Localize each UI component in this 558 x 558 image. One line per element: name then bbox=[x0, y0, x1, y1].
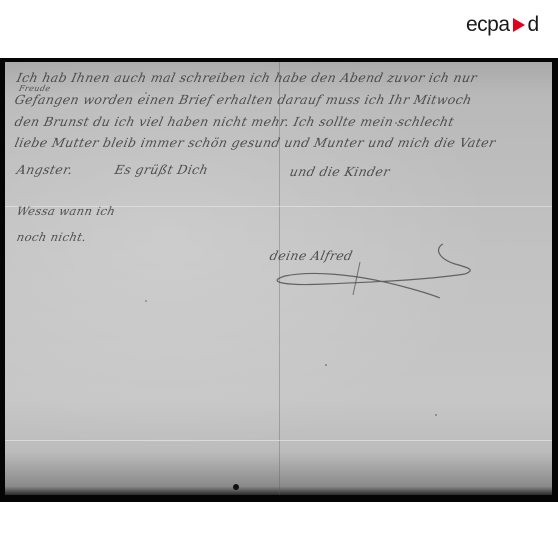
ecpad-logo: ecpa d bbox=[466, 12, 539, 38]
letter-line-1: Ich hab Ihnen auch mal schreiben ich hab… bbox=[15, 70, 478, 85]
letter-greeting-cont: und die Kinder bbox=[288, 164, 391, 179]
letter-line-postscript-2: noch nicht. bbox=[16, 230, 88, 244]
letter-greeting: Es grüßt Dich bbox=[113, 162, 209, 177]
speck bbox=[435, 414, 437, 416]
letter-line-3: den Brunst du ich viel haben nicht mehr.… bbox=[13, 114, 455, 129]
speck bbox=[145, 92, 147, 94]
play-triangle-icon bbox=[513, 18, 525, 32]
speck bbox=[395, 122, 397, 124]
letter-line-postscript-1: Wessa wann ich bbox=[16, 204, 117, 218]
letter-line-4: liebe Mutter bleib immer schön gesund un… bbox=[13, 135, 497, 150]
logo-text-left: ecpa bbox=[466, 13, 510, 37]
ink-spot bbox=[233, 484, 239, 490]
letter-line-5: Angster. bbox=[15, 162, 74, 177]
speck bbox=[325, 364, 327, 366]
letter-line-2: Gefangen worden einen Brief erhalten dar… bbox=[13, 92, 473, 107]
speck bbox=[145, 300, 147, 302]
logo-text-right: d bbox=[528, 13, 539, 37]
lower-crease bbox=[5, 440, 552, 441]
signature-flourish-icon bbox=[265, 240, 485, 300]
letter-paper: Ich hab Ihnen auch mal schreiben ich hab… bbox=[5, 62, 552, 495]
